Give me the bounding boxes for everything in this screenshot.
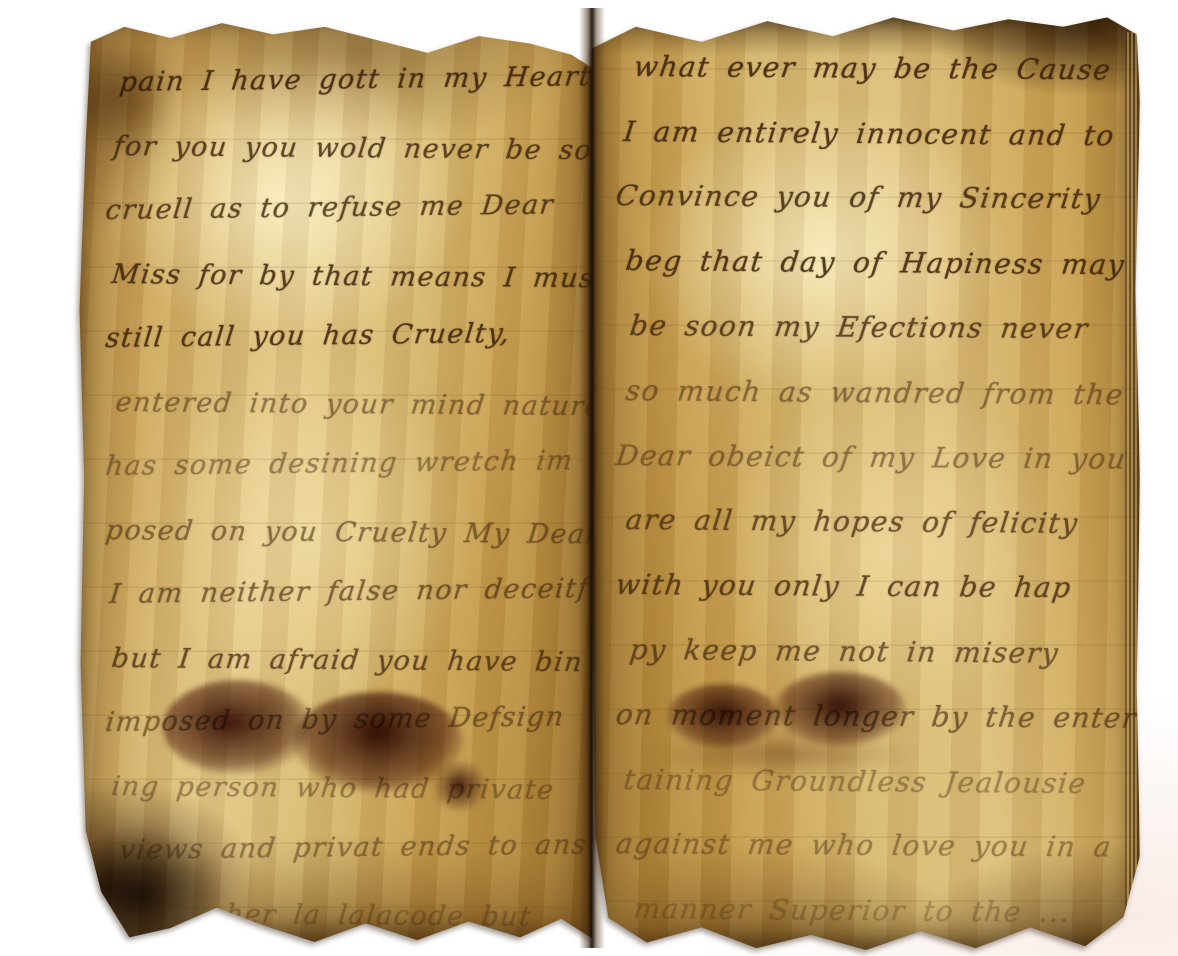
handwriting-block-right: what ever may be the Cause I am entirely…: [592, 6, 1140, 950]
handwriting-line: are all my hopes of felicity: [614, 472, 1130, 537]
handwriting-line: manner Superior to the ...: [614, 860, 1130, 925]
scanner-background: pain I have gott in my Heart for you you…: [0, 0, 1178, 956]
ink-stain: [430, 760, 488, 812]
handwriting-line: cruell as to refuse me Dear: [104, 162, 582, 226]
center-fold: [579, 8, 605, 948]
handwriting-line: has some desining wretch im: [104, 418, 582, 482]
handwriting-line: beg that day of Hapiness may: [614, 212, 1130, 277]
handwriting-block-left: pain I have gott in my Heart for you you…: [78, 12, 592, 942]
water-stain: [84, 40, 179, 155]
ink-stain: [650, 732, 915, 776]
handwriting-line: I am neither false nor deceitful: [104, 546, 582, 610]
handwriting-line: be soon my Efections never: [614, 277, 1130, 342]
handwriting-line: py keep me not in misery: [614, 601, 1130, 666]
letter-page-left: pain I have gott in my Heart for you you…: [78, 12, 592, 942]
handwriting-line: with you only I can be hap: [614, 536, 1130, 601]
ink-stain: [163, 680, 313, 775]
handwriting-line: Dear obeict of my Love in you: [614, 407, 1130, 472]
handwriting-line: Miss for by that means I must: [104, 226, 582, 290]
handwriting-line: Convince you of my Sincerity: [614, 148, 1130, 213]
handwriting-line: posed on you Cruelty My Dear: [104, 482, 582, 546]
handwriting-line: I am entirely innocent and to: [614, 83, 1130, 148]
handwriting-line: entered into your mind nature: [104, 354, 582, 418]
handwriting-line: but I am afraid you have bin: [104, 610, 582, 674]
parchment-right: what ever may be the Cause I am entirely…: [592, 6, 1140, 950]
handwriting-line: against me who love you in a: [614, 796, 1130, 861]
letter-page-right: what ever may be the Cause I am entirely…: [592, 6, 1140, 950]
parchment-left: pain I have gott in my Heart for you you…: [78, 12, 592, 942]
handwriting-line: still call you has Cruelty,: [104, 290, 582, 354]
handwriting-line: so much as wandred from the: [614, 342, 1130, 407]
handwriting-line: what ever may be the Cause: [614, 18, 1130, 83]
